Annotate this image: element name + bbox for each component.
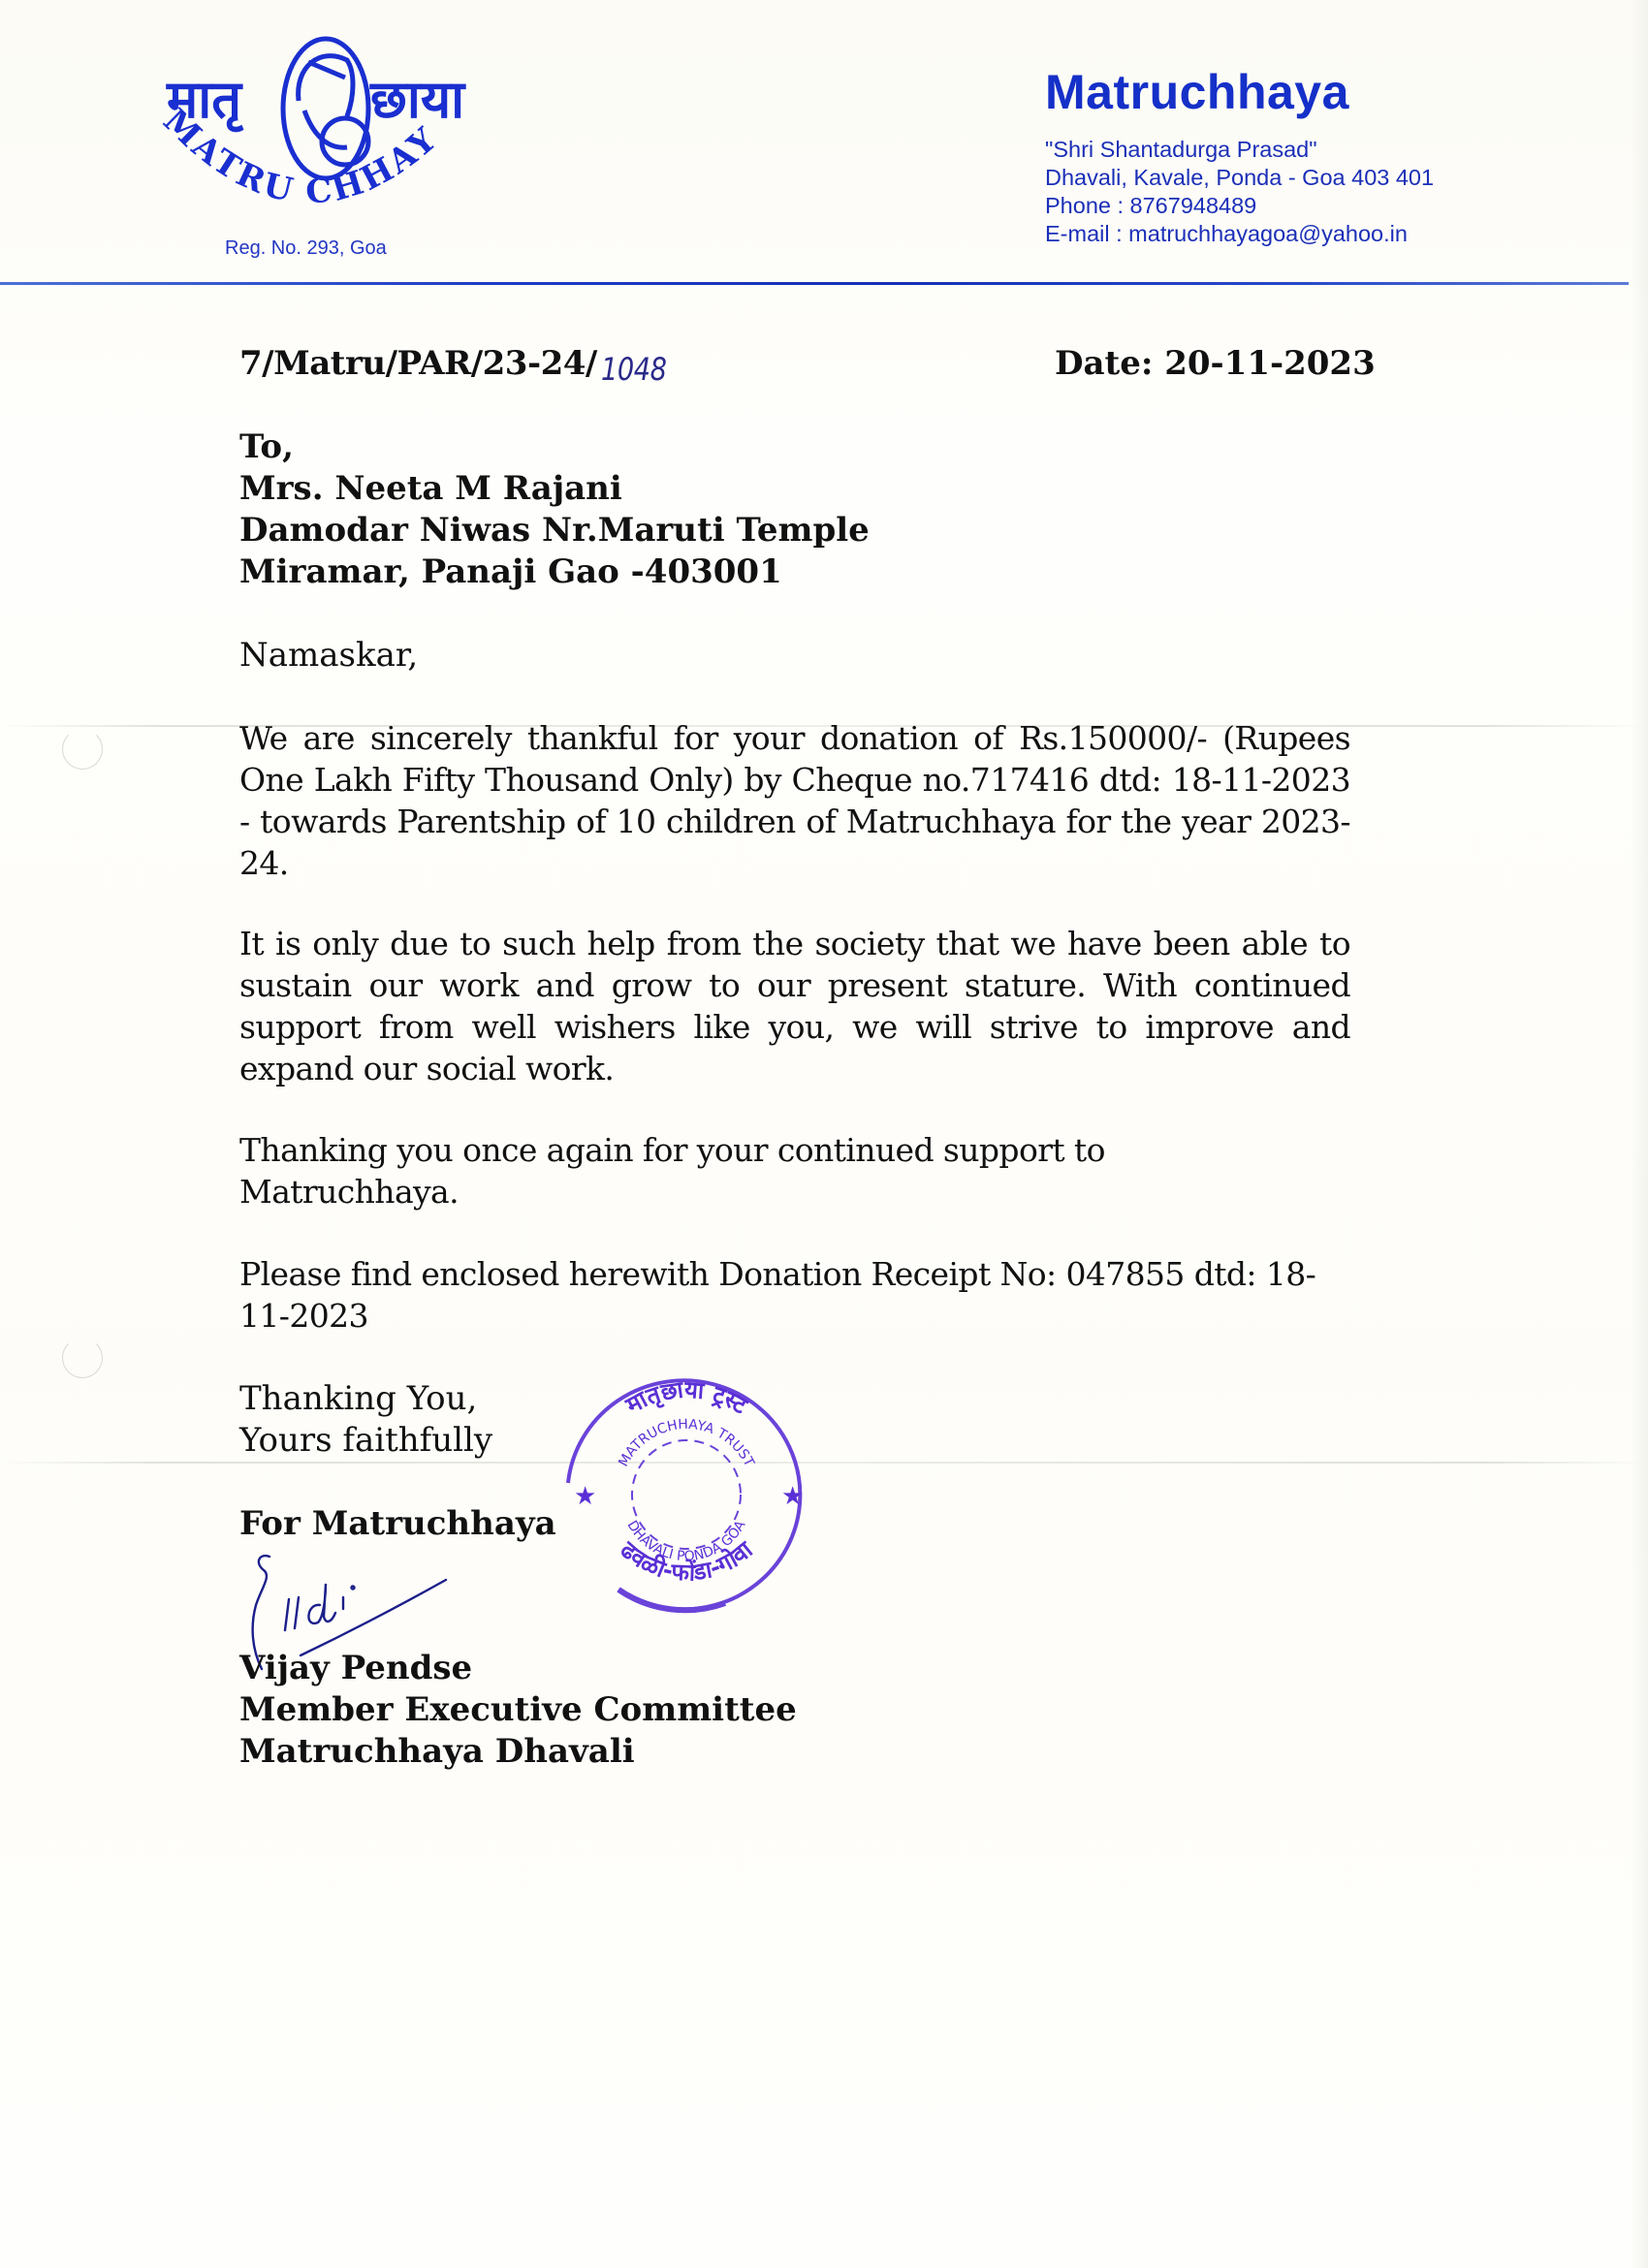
logo-arc-text: MATRU CHHAYA	[155, 27, 465, 250]
recipient-address-line: Damodar Niwas Nr.Maruti Temple	[239, 510, 870, 551]
closing-valediction: Yours faithfully	[239, 1420, 492, 1462]
signatory-name: Vijay Pendse	[239, 1648, 797, 1689]
signatory-organization: Matruchhaya Dhavali	[239, 1731, 797, 1773]
organization-seal-stamp: मातृछाया ट्रस्ट MATRUCHHAYA TRUST DHAVAL…	[551, 1359, 822, 1621]
body-paragraph-donation: We are sincerely thankful for your donat…	[239, 717, 1350, 884]
letter-date: Date: 20-11-2023	[1055, 344, 1376, 383]
svg-text:ढवळी-फोंडा-गोवा: ढवळी-फोंडा-गोवा	[615, 1535, 759, 1586]
signatory-title: Member Executive Committee	[239, 1689, 797, 1731]
recipient-address-line: Miramar, Panaji Gao -403001	[239, 551, 870, 593]
punch-hole-mark	[62, 1338, 103, 1378]
organization-contact-block: Matruchhaya "Shri Shantadurga Prasad" Dh…	[1045, 68, 1434, 248]
svg-text:★: ★	[781, 1482, 804, 1511]
organization-name: Matruchhaya	[1045, 68, 1434, 116]
reference-printed: 7/Matru/PAR/23-24/	[239, 344, 597, 383]
fold-crease	[0, 1462, 1648, 1464]
punch-hole-mark	[62, 729, 103, 770]
organization-logo: मातृ छाया MATRU CHHAYA Reg. No. 293, Goa	[155, 27, 465, 269]
to-label: To,	[239, 426, 870, 468]
svg-text:MATRU CHHAYA: MATRU CHHAYA	[155, 27, 444, 212]
recipient-name: Mrs. Neeta M Rajani	[239, 468, 870, 510]
closing-block: Thanking You, Yours faithfully	[239, 1378, 492, 1462]
for-organization: For Matruchhaya	[239, 1503, 556, 1545]
closing-thanks: Thanking You,	[239, 1378, 492, 1420]
email-line: E-mail : matruchhayagoa@yahoo.in	[1045, 220, 1434, 248]
body-paragraph-receipt: Please find enclosed herewith Donation R…	[239, 1253, 1350, 1337]
svg-text:मातृछाया ट्रस्ट: मातृछाया ट्रस्ट	[620, 1376, 752, 1420]
page-edge-shadow	[1631, 0, 1648, 2268]
svg-text:MATRUCHHAYA TRUST: MATRUCHHAYA TRUST	[616, 1417, 757, 1470]
phone-line: Phone : 8767948489	[1045, 192, 1434, 220]
letterhead-divider	[0, 282, 1629, 285]
registration-number: Reg. No. 293, Goa	[225, 237, 387, 260]
reference-handwritten-number: 1048	[601, 351, 667, 388]
body-paragraph-support: It is only due to such help from the soc…	[239, 923, 1350, 1089]
signatory-block: Vijay Pendse Member Executive Committee …	[239, 1648, 797, 1773]
recipient-block: To, Mrs. Neeta M Rajani Damodar Niwas Nr…	[239, 426, 870, 593]
reference-number: 7/Matru/PAR/23-24/1048	[239, 344, 678, 383]
greeting: Namaskar,	[239, 635, 418, 677]
address-line-building: "Shri Shantadurga Prasad"	[1045, 136, 1434, 164]
body-paragraph-thanks: Thanking you once again for your continu…	[239, 1129, 1189, 1213]
address-line-locality: Dhavali, Kavale, Ponda - Goa 403 401	[1045, 164, 1434, 192]
letter-page: मातृ छाया MATRU CHHAYA Reg. No. 293, Goa…	[0, 0, 1648, 2268]
svg-text:★: ★	[574, 1482, 596, 1511]
